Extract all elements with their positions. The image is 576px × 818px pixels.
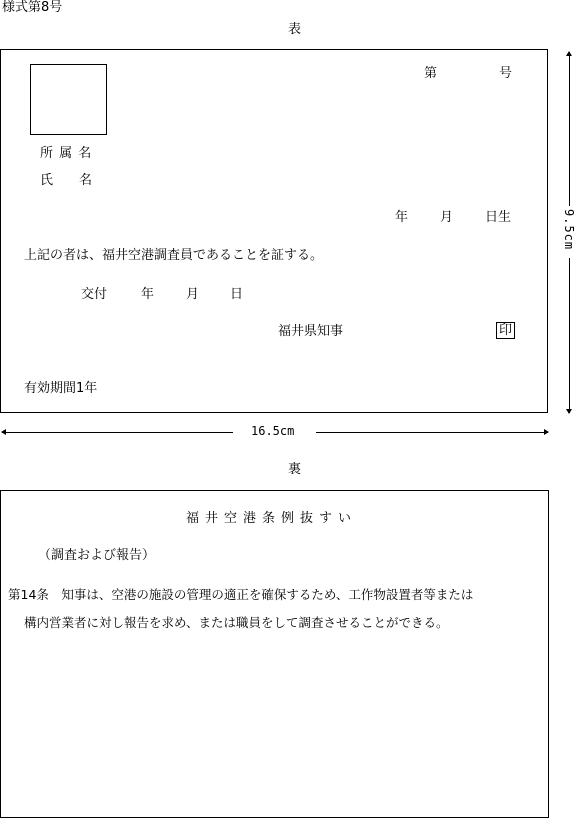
number-prefix: 第 [424,67,437,80]
issued-month: 月 [186,288,199,301]
birth-day: 日生 [485,211,511,224]
issued-day: 日 [230,288,243,301]
issued-label: 交付 [81,288,107,301]
width-dimension-line-left [2,432,233,433]
front-side-label: 表 [288,23,301,36]
form-number: 様式第8号 [2,1,62,14]
back-side-label: 裏 [288,463,301,476]
ordinance-title: 福井空港条例抜すい [186,512,357,525]
certification-text: 上記の者は、福井空港調査員であることを証する。 [24,249,323,262]
article-line-1: 第14条 知事は、空港の施設の管理の適正を確保するため、工作物設置者等または [8,589,473,602]
article-line-2: 構内営業者に対し報告を求め、または職員をして調査させることができる。 [24,617,449,630]
birth-month: 月 [440,211,453,224]
affiliation-label: 所 属 名 [40,147,92,160]
width-dimension-label: 16.5cm [251,425,294,437]
validity: 有効期間1年 [24,382,97,395]
birth-year: 年 [395,211,408,224]
seal-mark: 印 [496,322,515,339]
back-card [0,490,549,818]
photo-box [30,64,107,135]
width-dimension-line-right [316,432,548,433]
height-dimension-label: 9.5cm [563,209,575,250]
number-suffix: 号 [499,67,512,80]
issuer: 福井県知事 [278,325,343,338]
article-heading: （調査および報告） [38,549,155,562]
issued-year: 年 [141,288,154,301]
height-dimension-line-bottom [569,258,570,413]
height-dimension-line-top [569,52,570,206]
name-label: 氏 名 [40,174,92,187]
